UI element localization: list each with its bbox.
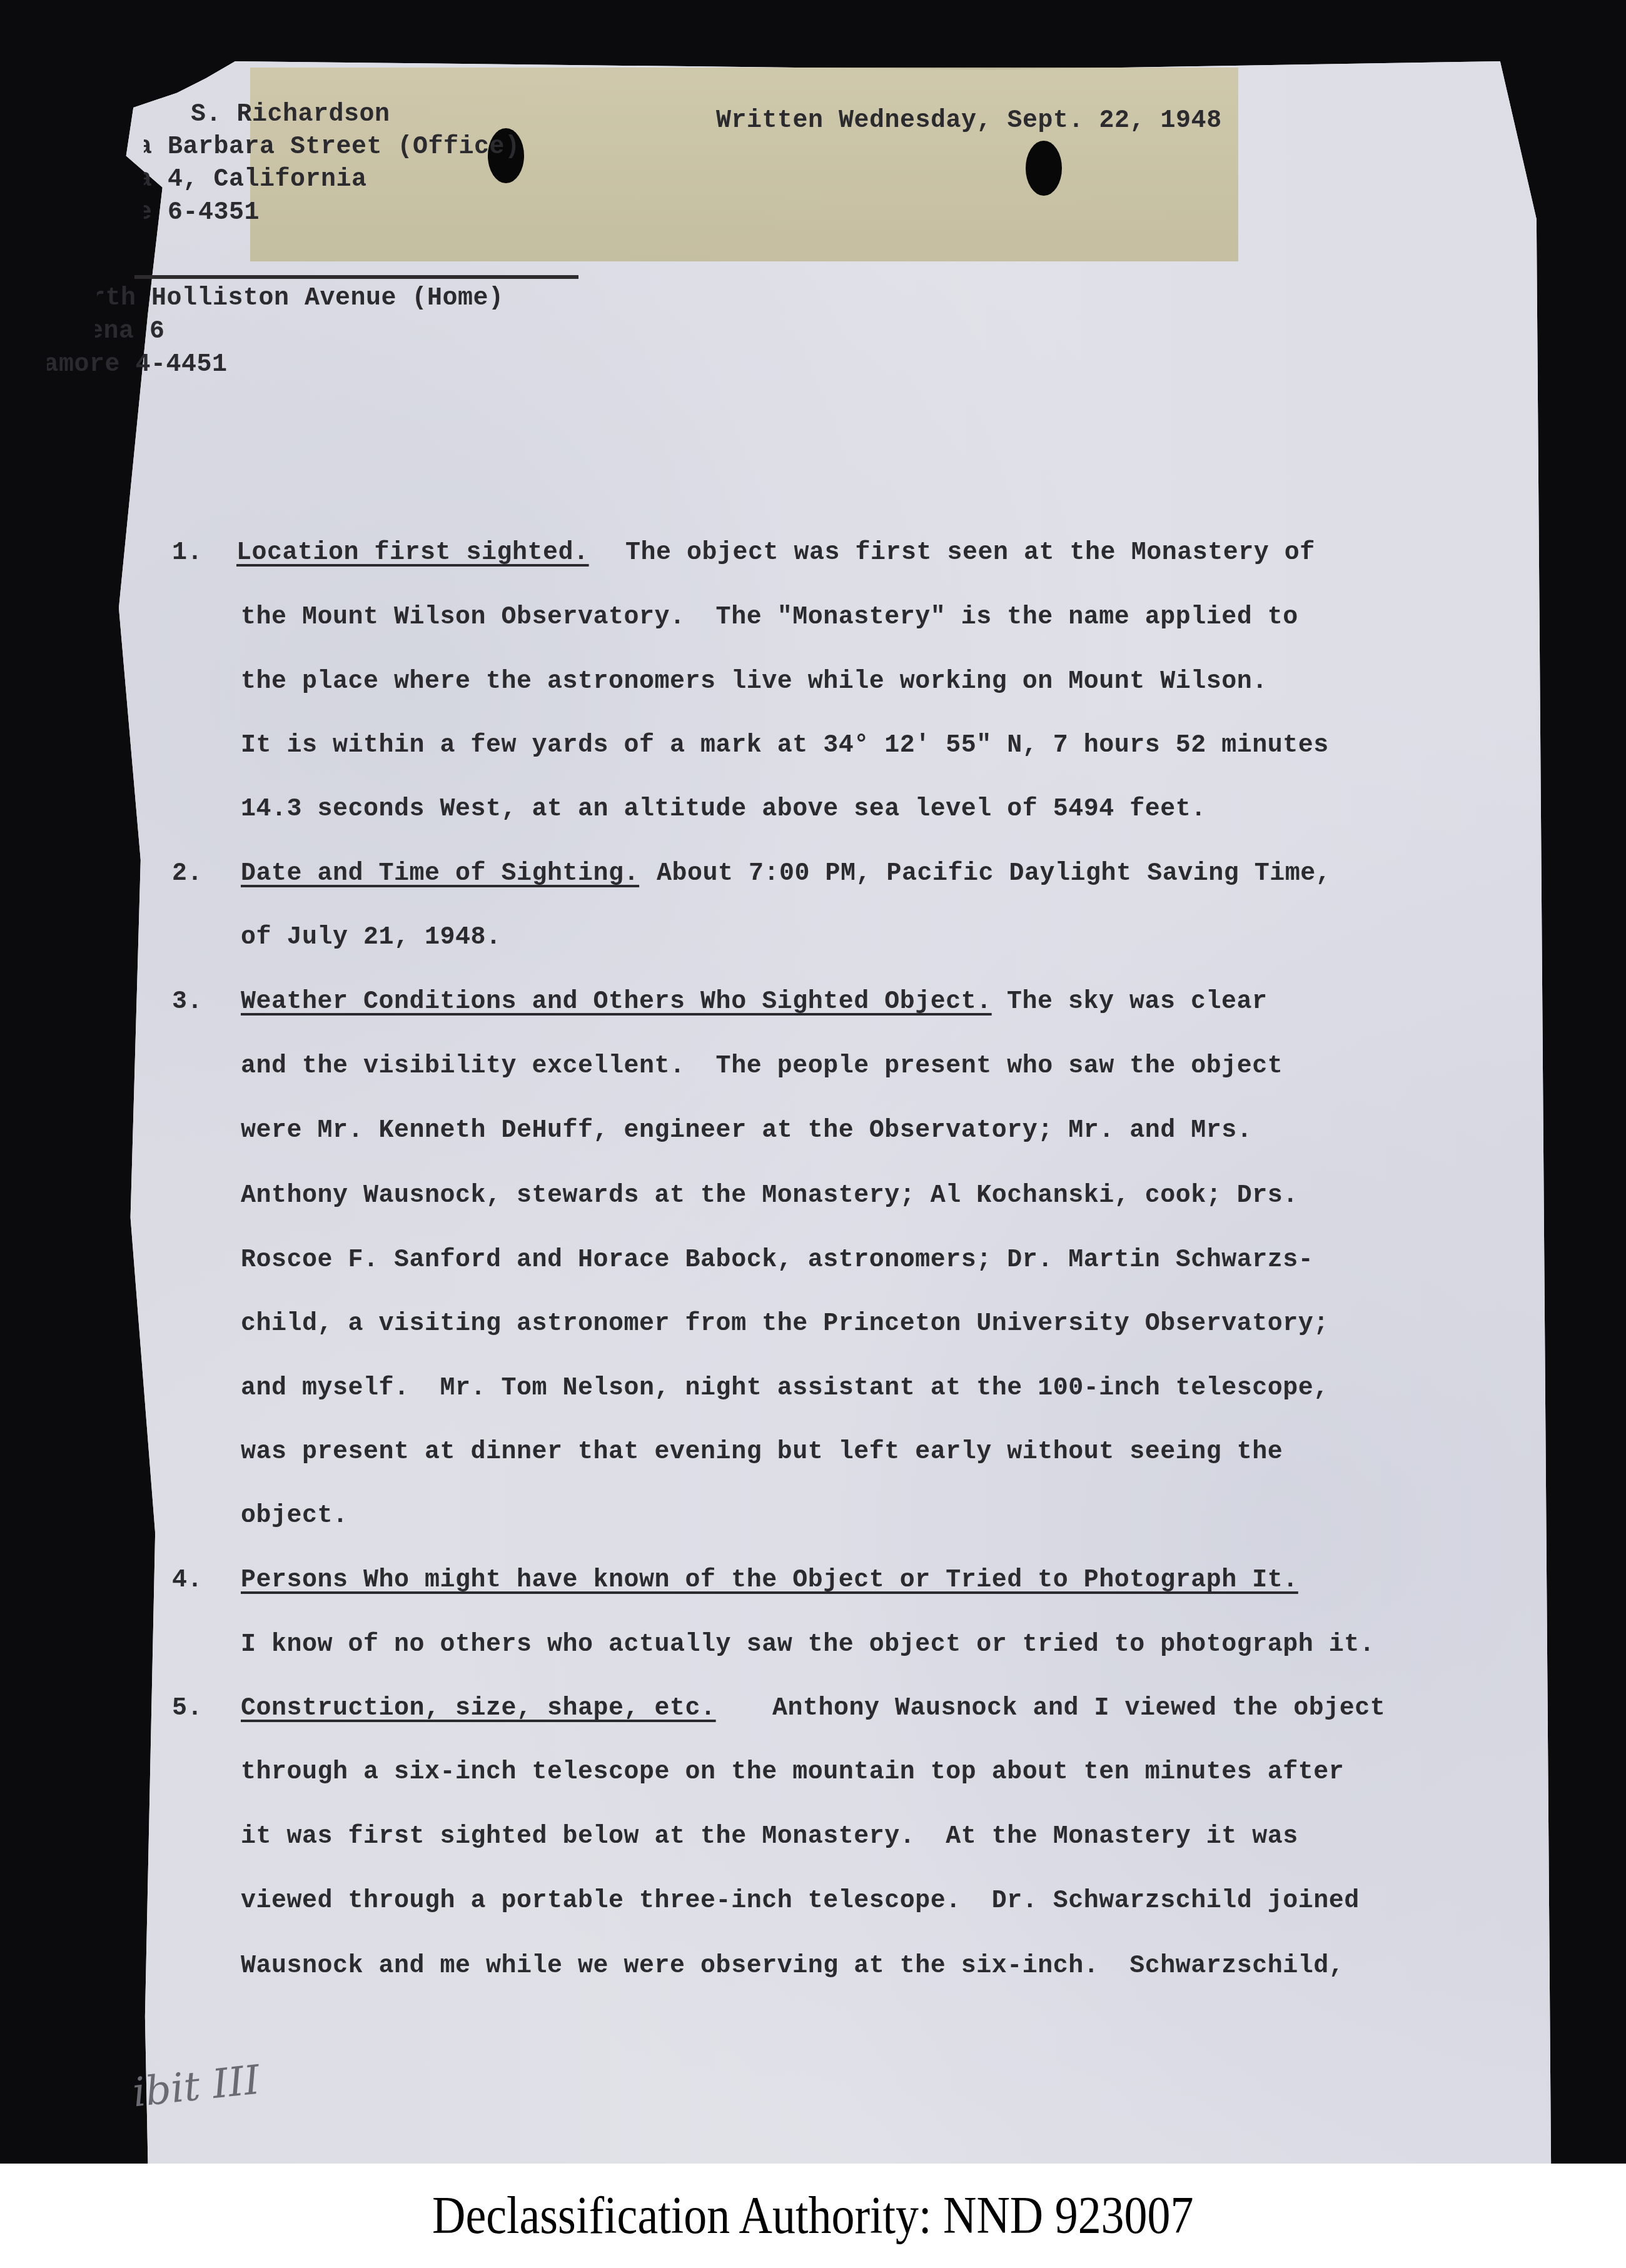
- section-3-line: child, a visiting astronomer from the Pr…: [241, 1310, 1329, 1338]
- section-5-line: it was first sighted below at the Monast…: [241, 1823, 1298, 1851]
- section-4-heading: Persons Who might have known of the Obje…: [241, 1566, 1298, 1595]
- section-1-line: 14.3 seconds West, at an altitude above …: [241, 795, 1206, 824]
- section-3-line: The sky was clear: [1007, 988, 1268, 1016]
- header-divider: [134, 275, 578, 279]
- section-3-line: and the visibility excellent. The people…: [241, 1052, 1283, 1081]
- section-1-line: The object was first seen at the Monaste…: [625, 539, 1315, 567]
- section-1-line: the place where the astronomers live whi…: [241, 668, 1268, 696]
- tape-strip: [250, 68, 1238, 261]
- section-4-line: I know of no others who actually saw the…: [241, 1631, 1375, 1659]
- declassification-authority: Declassification Authority: NND 923007: [432, 2185, 1193, 2246]
- section-3-heading: Weather Conditions and Others Who Sighte…: [241, 988, 992, 1016]
- header-name: S. Richardson: [191, 99, 390, 131]
- section-3-line: Anthony Wausnock, stewards at the Monast…: [241, 1182, 1298, 1210]
- section-5-heading: Construction, size, shape, etc.: [241, 1695, 716, 1723]
- section-2-number: 2.: [172, 860, 203, 888]
- section-3-line: Roscoe F. Sanford and Horace Babock, ast…: [241, 1246, 1313, 1274]
- section-5-line: viewed through a portable three-inch tel…: [241, 1887, 1360, 1915]
- section-1-number: 1.: [172, 539, 203, 567]
- home-phone: camore 4-4451: [28, 349, 228, 381]
- home-street: North Holliston Avenue (Home): [59, 283, 504, 315]
- section-5-line: Anthony Wausnock and I viewed the object: [772, 1695, 1385, 1723]
- section-2-line: About 7:00 PM, Pacific Daylight Saving T…: [657, 860, 1331, 888]
- section-2-heading: Date and Time of Sighting.: [241, 860, 639, 888]
- section-4-number: 4.: [172, 1566, 203, 1595]
- section-2-line: of July 21, 1948.: [241, 924, 502, 952]
- section-3-line: were Mr. Kenneth DeHuff, engineer at the…: [241, 1117, 1252, 1145]
- declassification-footer: Declassification Authority: NND 923007: [0, 2164, 1626, 2268]
- section-3-line: object.: [241, 1502, 348, 1530]
- header-office-street: nta Barbara Street (Office): [106, 131, 520, 164]
- section-1-line: It is within a few yards of a mark at 34…: [241, 732, 1329, 760]
- header-city: ena 4, California: [106, 164, 367, 196]
- section-5-line: through a six-inch telescope on the moun…: [241, 1758, 1344, 1787]
- section-5-number: 5.: [172, 1695, 203, 1723]
- section-1-heading: Location first sighted.: [236, 539, 589, 567]
- punch-hole-right: [1026, 141, 1062, 196]
- header-date: Written Wednesday, Sept. 22, 1948: [716, 105, 1222, 138]
- section-1-line: the Mount Wilson Observatory. The "Monas…: [241, 603, 1298, 632]
- section-5-line: Wausnock and me while we were observing …: [241, 1952, 1344, 1980]
- section-3-line: was present at dinner that evening but l…: [241, 1438, 1283, 1466]
- section-3-number: 3.: [172, 988, 203, 1016]
- section-3-line: and myself. Mr. Tom Nelson, night assist…: [241, 1374, 1329, 1403]
